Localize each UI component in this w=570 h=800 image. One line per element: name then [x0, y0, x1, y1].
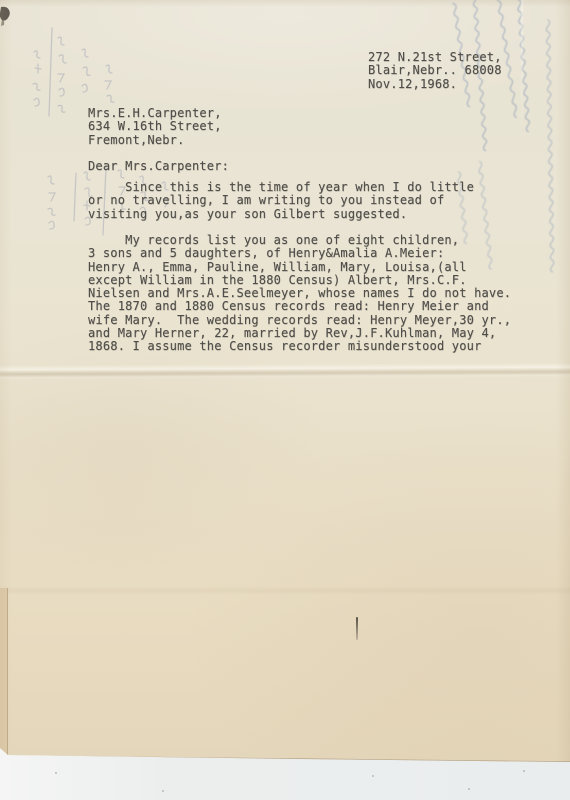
- recipient-line: Fremont,Nebr.: [88, 134, 222, 147]
- scanned-letter-page: 272 N.21st Street,Blair,Nebr.. 68008Nov.…: [0, 0, 570, 800]
- fold-crease: [0, 363, 570, 381]
- paper-left-edge: [0, 588, 8, 756]
- dust-speck: [468, 788, 470, 790]
- return-address-line: 272 N.21st Street,: [368, 51, 502, 64]
- return-address-line: Nov.12,1968.: [368, 78, 502, 91]
- fold-crease-lower: [0, 586, 570, 595]
- body-paragraph-2: My records list you as one of eight chil…: [88, 234, 511, 354]
- return-address: 272 N.21st Street,Blair,Nebr.. 68008Nov.…: [368, 51, 502, 91]
- recipient-line: 634 W.16th Street,: [88, 120, 222, 133]
- recipient-line: Mrs.E.H.Carpenter,: [88, 107, 222, 120]
- body-paragraph-1: Since this is the time of year when I do…: [88, 181, 474, 221]
- letter-paper: 272 N.21st Street,Blair,Nebr.. 68008Nov.…: [0, 0, 570, 763]
- pen-mark: [356, 617, 358, 640]
- dust-speck: [162, 790, 164, 792]
- vertical-crease: [521, 0, 523, 140]
- salutation: Dear Mrs.Carpenter:: [88, 160, 229, 173]
- return-address-line: Blair,Nebr.. 68008: [368, 64, 502, 77]
- ink-smudge-top-left: [0, 5, 18, 31]
- dust-speck: [55, 772, 57, 774]
- dust-speck: [372, 775, 374, 777]
- dust-speck: [523, 770, 525, 772]
- recipient-address: Mrs.E.H.Carpenter,634 W.16th Street,Frem…: [88, 107, 222, 147]
